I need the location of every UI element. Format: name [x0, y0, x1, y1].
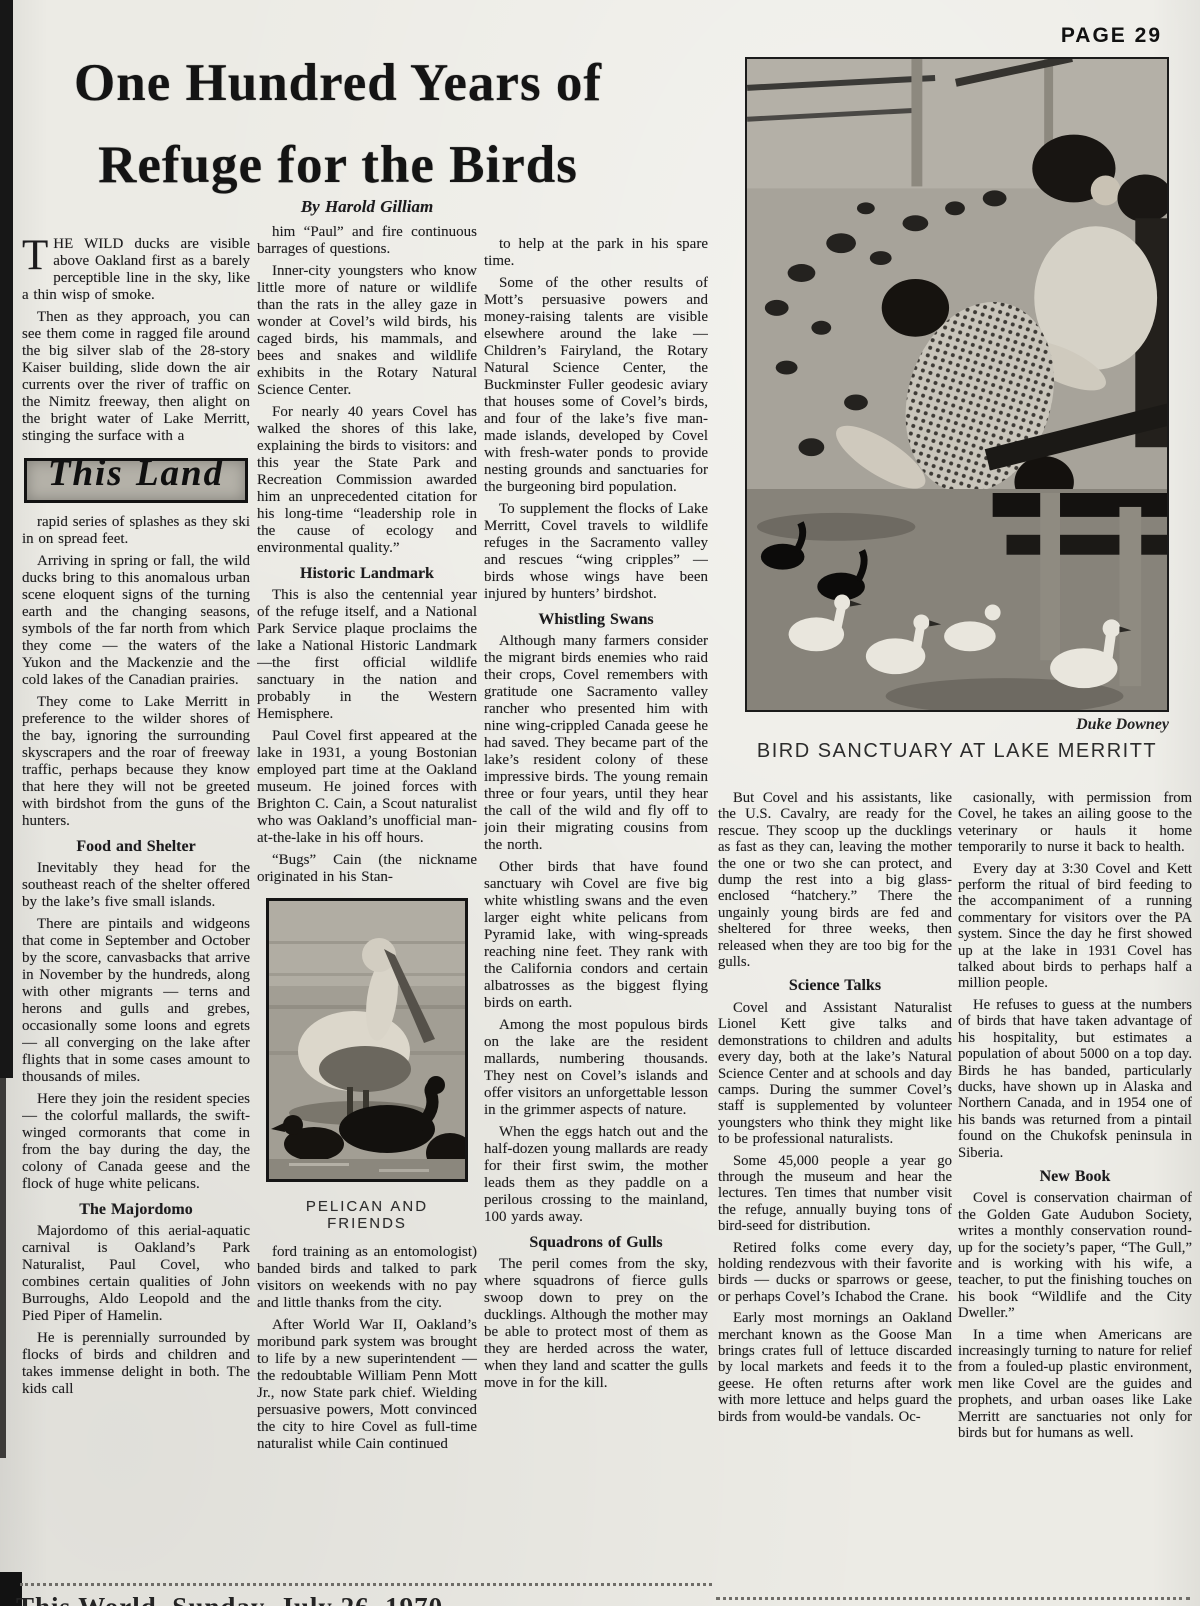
article-paragraph: Inner-city youngsters who know little mo…: [257, 263, 477, 399]
article-paragraph: him “Paul” and fire continuous barrages …: [257, 224, 477, 258]
article-paragraph: Among the most populous birds on the lak…: [484, 1017, 708, 1119]
page-number-label: PAGE 29: [1061, 24, 1162, 48]
scan-edge-artifact: [0, 0, 13, 1078]
article-paragraph: rapid series of splashes as they ski in …: [22, 514, 250, 548]
main-photo-caption: BIRD SANCTUARY AT LAKE MERRITT: [735, 740, 1179, 763]
main-photo-credit: Duke Downey: [745, 716, 1169, 734]
scan-edge-artifact-lower: [0, 1078, 6, 1458]
article-paragraph: Inevitably they head for the southeast r…: [22, 860, 250, 911]
article-paragraph: “Bugs” Cain (the nickname originated in …: [257, 852, 477, 886]
article-paragraph: For nearly 40 years Covel has walked the…: [257, 404, 477, 557]
article-paragraph: Some 45,000 people a year go through the…: [718, 1153, 952, 1235]
article-paragraph: to help at the park in his spare time.: [484, 236, 708, 270]
article-paragraph: Some of the other results of Mott’s pers…: [484, 275, 708, 496]
article-paragraph: Although many farmers consider the migra…: [484, 633, 708, 854]
article-paragraph: Every day at 3:30 Covel and Kett perform…: [958, 861, 1192, 992]
article-paragraph: Covel is conservation chairman of the Go…: [958, 1190, 1192, 1321]
section-subhead: Whistling Swans: [484, 611, 708, 628]
article-paragraph: Paul Covel first appeared at the lake in…: [257, 728, 477, 847]
pelican-photo-frame: [266, 898, 468, 1182]
article-column-1: THE WILD ducks are visible above Oakland…: [22, 236, 250, 1584]
main-photo: [745, 57, 1169, 712]
article-paragraph: There are pintails and widgeons that com…: [22, 916, 250, 1086]
pelican-photo-caption: PELICAN AND FRIENDS: [263, 1198, 471, 1232]
article-column-4: But Covel and his assistants, like the U…: [718, 790, 952, 1598]
article-column-5: casionally, with permission from Covel, …: [958, 790, 1192, 1598]
article-paragraph: Early most mornings an Oakland merchant …: [718, 1310, 952, 1425]
article-paragraph: To supplement the flocks of Lake Merritt…: [484, 501, 708, 603]
article-paragraph: Arriving in spring or fall, the wild duc…: [22, 553, 250, 689]
section-subhead: Squadrons of Gulls: [484, 1234, 708, 1251]
article-paragraph: After World War II, Oakland’s moribund p…: [257, 1317, 477, 1453]
byline: By Harold Gilliam: [257, 198, 477, 215]
article-paragraph: But Covel and his assistants, like the U…: [718, 790, 952, 970]
main-photo-illustration: [747, 59, 1167, 710]
article-paragraph-dropcap: THE WILD ducks are visible above Oakland…: [22, 236, 250, 304]
pelican-photo: PELICAN AND FRIENDS: [263, 898, 471, 1232]
tear-line-left: [20, 1583, 712, 1586]
article-paragraph: He refuses to guess at the numbers of bi…: [958, 997, 1192, 1161]
tear-line-right: [716, 1597, 1190, 1600]
article-paragraph: Then as they approach, you can see them …: [22, 309, 250, 445]
article-paragraph: He is perennially surrounded by flocks o…: [22, 1330, 250, 1398]
article-paragraph: Majordomo of this aerial-aquatic carniva…: [22, 1223, 250, 1325]
article-title-line1: One Hundred Years of: [48, 42, 628, 124]
article-title-line2: Refuge for the Birds: [48, 124, 628, 206]
article-column-3: to help at the park in his spare time.So…: [484, 236, 708, 1584]
section-subhead: Historic Landmark: [257, 565, 477, 582]
section-subhead: Food and Shelter: [22, 838, 250, 855]
article-column-2: By Harold Gilliamhim “Paul” and fire con…: [257, 198, 477, 1584]
article-paragraph: Retired folks come every day, holding re…: [718, 1240, 952, 1306]
article-paragraph: Other birds that have found sanctuary wi…: [484, 859, 708, 1012]
this-land-section-box: This Land: [24, 458, 248, 503]
article-paragraph: ford training as an entomologist) banded…: [257, 1244, 477, 1312]
section-subhead: Science Talks: [718, 978, 952, 994]
article-paragraph: Here they join the resident species — th…: [22, 1091, 250, 1193]
article-title: One Hundred Years of Refuge for the Bird…: [48, 42, 628, 206]
pelican-photo-illustration: [269, 901, 465, 1179]
article-paragraph: casionally, with permission from Covel, …: [958, 790, 1192, 856]
article-paragraph: They come to Lake Merritt in preference …: [22, 694, 250, 830]
article-paragraph: When the eggs hatch out and the half-doz…: [484, 1124, 708, 1226]
article-paragraph: In a time when Americans are increasingl…: [958, 1327, 1192, 1442]
footer-fold-text: This World, Sunday, July 26, 1970: [16, 1592, 616, 1606]
article-paragraph: This is also the centennial year of the …: [257, 587, 477, 723]
article-paragraph: Covel and Assistant Naturalist Lionel Ke…: [718, 1000, 952, 1148]
newspaper-page: PAGE 29 One Hundred Years of Refuge for …: [0, 0, 1200, 1606]
section-subhead: New Book: [958, 1169, 1192, 1185]
article-paragraph: The peril comes from the sky, where squa…: [484, 1256, 708, 1392]
this-land-label: This Land: [48, 453, 224, 494]
section-subhead: The Majordomo: [22, 1201, 250, 1218]
